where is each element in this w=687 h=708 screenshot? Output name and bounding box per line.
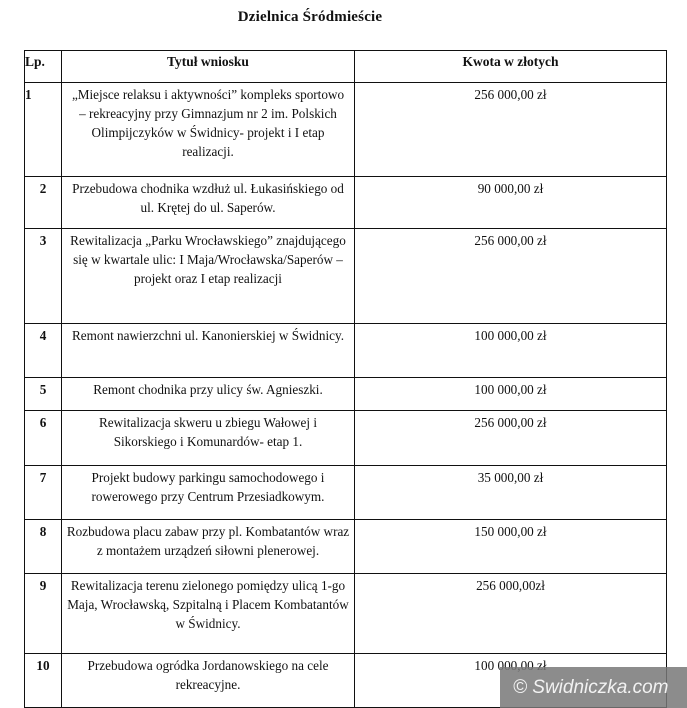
table-header-row: Lp. Tytuł wniosku Kwota w złotych (25, 51, 667, 83)
row-amount: 256 000,00zł (355, 574, 667, 654)
row-amount: 256 000,00 zł (355, 229, 667, 324)
row-title: Remont chodnika przy ulicy św. Agnieszki… (62, 378, 355, 411)
header-amount: Kwota w złotych (355, 51, 667, 83)
table-row: 8 Rozbudowa placu zabaw przy pl. Kombata… (25, 520, 667, 574)
row-lp: 2 (25, 177, 62, 229)
row-lp: 8 (25, 520, 62, 574)
table-row: 9 Rewitalizacja terenu zielonego pomiędz… (25, 574, 667, 654)
row-amount: 100 000,00 zł (355, 378, 667, 411)
row-title: Przebudowa chodnika wzdłuż ul. Łukasińsk… (62, 177, 355, 229)
row-title: Rewitalizacja skweru u zbiegu Wałowej i … (62, 411, 355, 466)
row-title: Projekt budowy parkingu samochodowego i … (62, 466, 355, 520)
row-lp: 9 (25, 574, 62, 654)
row-amount: 100 000,00 zł (355, 324, 667, 378)
header-lp: Lp. (25, 51, 62, 83)
document-title: Dzielnica Śródmieście (0, 9, 620, 26)
table-row: 1 „Miejsce relaksu i aktywności” komplek… (25, 83, 667, 177)
row-title: Przebudowa ogródka Jordanowskiego na cel… (62, 654, 355, 708)
row-lp: 4 (25, 324, 62, 378)
row-title: „Miejsce relaksu i aktywności” kompleks … (62, 83, 355, 177)
row-amount: 256 000,00 zł (355, 411, 667, 466)
copyright-watermark: © Swidniczka.com (500, 667, 687, 708)
row-lp: 5 (25, 378, 62, 411)
table-row: 6 Rewitalizacja skweru u zbiegu Wałowej … (25, 411, 667, 466)
row-lp: 6 (25, 411, 62, 466)
row-title: Rewitalizacja terenu zielonego pomiędzy … (62, 574, 355, 654)
row-lp: 10 (25, 654, 62, 708)
header-title: Tytuł wniosku (62, 51, 355, 83)
row-title: Rewitalizacja „Parku Wrocławskiego” znaj… (62, 229, 355, 324)
table-row: 4 Remont nawierzchni ul. Kanonierskiej w… (25, 324, 667, 378)
row-title: Rozbudowa placu zabaw przy pl. Kombatant… (62, 520, 355, 574)
table-row: 2 Przebudowa chodnika wzdłuż ul. Łukasiń… (25, 177, 667, 229)
row-amount: 90 000,00 zł (355, 177, 667, 229)
table-row: 7 Projekt budowy parkingu samochodowego … (25, 466, 667, 520)
row-amount: 35 000,00 zł (355, 466, 667, 520)
row-amount: 150 000,00 zł (355, 520, 667, 574)
table-row: 5 Remont chodnika przy ulicy św. Agniesz… (25, 378, 667, 411)
row-lp: 1 (25, 83, 62, 177)
table-row: 3 Rewitalizacja „Parku Wrocławskiego” zn… (25, 229, 667, 324)
row-amount: 256 000,00 zł (355, 83, 667, 177)
grant-applications-table: Lp. Tytuł wniosku Kwota w złotych 1 „Mie… (24, 50, 667, 708)
row-lp: 3 (25, 229, 62, 324)
row-lp: 7 (25, 466, 62, 520)
row-title: Remont nawierzchni ul. Kanonierskiej w Ś… (62, 324, 355, 378)
